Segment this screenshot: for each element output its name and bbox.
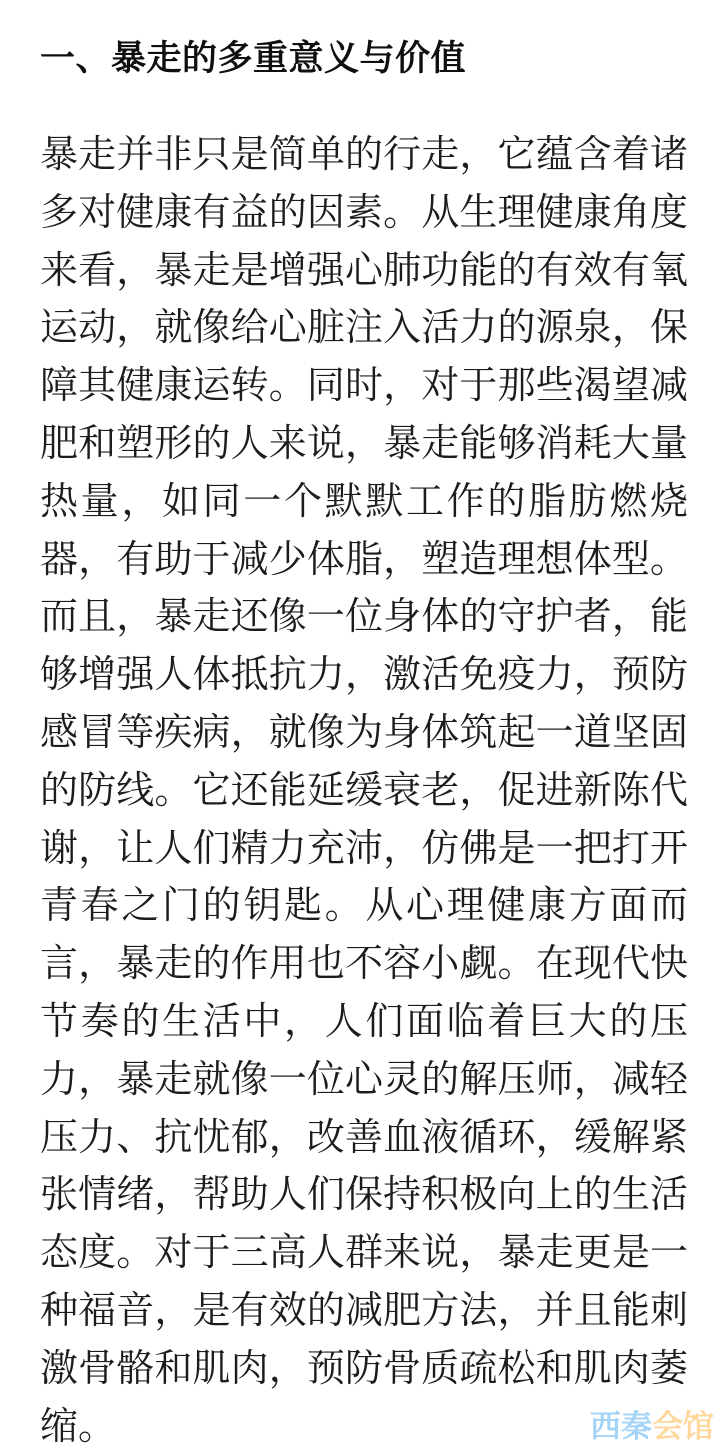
text-line: 言，暴走的作用也不容小觑。在现代快 xyxy=(40,936,688,994)
watermark-text-orange: 会馆 xyxy=(652,1409,714,1444)
text-line: 态度。对于三高人群来说，暴走更是一 xyxy=(40,1225,688,1283)
article-body: 暴走并非只是简单的行走，它蕴含着诸 多对健康有益的因素。从生理健康角度 来看，暴… xyxy=(0,127,720,1452)
text-line: 感冒等疾病，就像为身体筑起一道坚固 xyxy=(40,705,688,763)
text-line: 肥和塑形的人来说，暴走能够消耗大量 xyxy=(40,416,688,474)
text-line: 力，暴走就像一位心灵的解压师，减轻 xyxy=(40,1052,688,1110)
text-line: 热量，如同一个默默工作的脂肪燃烧 xyxy=(40,474,688,532)
text-line: 暴走并非只是简单的行走，它蕴含着诸 xyxy=(40,127,688,185)
text-line: 节奏的生活中，人们面临着巨大的压 xyxy=(40,994,688,1052)
text-line: 种福音，是有效的减肥方法，并且能刺 xyxy=(40,1283,688,1341)
text-line: 谢，让人们精力充沛，仿佛是一把打开 xyxy=(40,821,688,879)
text-line: 够增强人体抵抗力，激活免疫力，预防 xyxy=(40,647,688,705)
article-page: 一、暴走的多重意义与价值 暴走并非只是简单的行走，它蕴含着诸 多对健康有益的因素… xyxy=(0,0,720,1452)
text-line: 青春之门的钥匙。从心理健康方面而 xyxy=(40,878,688,936)
text-line: 多对健康有益的因素。从生理健康角度 xyxy=(40,185,688,243)
text-line: 张情绪，帮助人们保持积极向上的生活 xyxy=(40,1167,688,1225)
watermark-text-blue: 西秦 xyxy=(590,1409,652,1444)
text-line: 器，有助于减少体脂，塑造理想体型。 xyxy=(40,532,688,590)
text-line: 运动，就像给心脏注入活力的源泉，保 xyxy=(40,300,688,358)
text-line: 激骨骼和肌肉，预防骨质疏松和肌肉萎 xyxy=(40,1341,688,1399)
watermark: 西秦会馆 xyxy=(590,1409,714,1445)
text-line: 障其健康运转。同时，对于那些渴望减 xyxy=(40,358,688,416)
text-line: 的防线。它还能延缓衰老，促进新陈代 xyxy=(40,763,688,821)
text-line: 来看，暴走是增强心肺功能的有效有氧 xyxy=(40,243,688,301)
text-line: 压力、抗忧郁，改善血液循环，缓解紧 xyxy=(40,1110,688,1168)
text-line: 而且，暴走还像一位身体的守护者，能 xyxy=(40,589,688,647)
article-heading: 一、暴走的多重意义与价值 xyxy=(0,0,720,82)
